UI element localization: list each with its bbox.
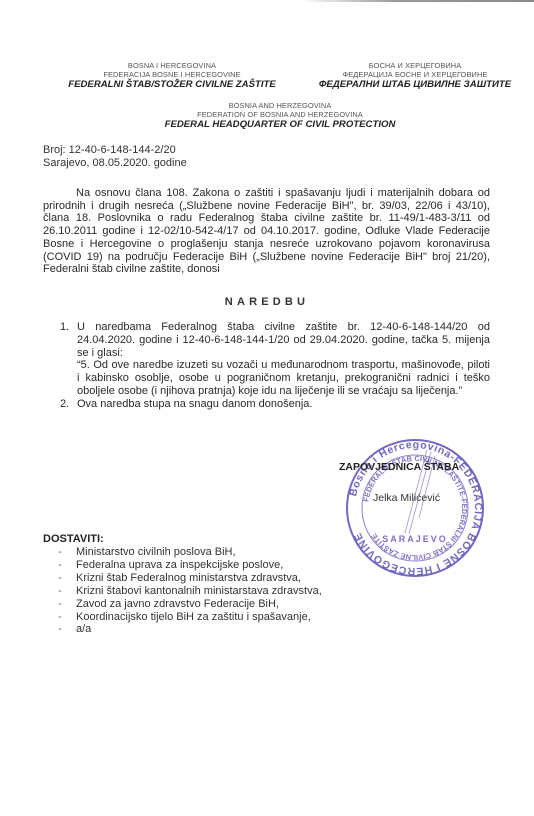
order-text: Ova naredba stupa na snagu danom donošen… — [77, 398, 312, 410]
signature-title: ZAPOVJEDNICA ŠTABA — [339, 461, 459, 473]
document-place-date: Sarajevo, 08.05.2020. godine — [43, 157, 187, 170]
scan-artifact — [300, 0, 534, 2]
header-cyrillic: БОСНА И ХЕРЦЕГОВИНА ФЕДЕРАЦИЈА БОСНЕ И Х… — [300, 61, 530, 91]
orders-list: 1. U naredbama Federalnog štaba civilne … — [60, 321, 490, 411]
header-english: BOSNIA AND HERZEGOVINA FEDERATION OF BOS… — [160, 101, 400, 131]
header-bosnian-line2: FEDERACIJA BOSNE I HERCEGOVINE — [62, 70, 282, 79]
header-bosnian: BOSNA I HERCEGOVINA FEDERACIJA BOSNE I H… — [62, 61, 282, 91]
preamble: Na osnovu člana 108. Zakona o zaštiti i … — [43, 187, 490, 276]
distribution-list: Ministarstvo civilnih poslova BiH, Feder… — [58, 546, 322, 636]
order-item: 1. U naredbama Federalnog štaba civilne … — [60, 321, 490, 398]
header-english-line3: FEDERAL HEADQUARTER OF CIVIL PROTECTION — [160, 119, 400, 131]
distribution-item: Federalna uprava za inspekcijske poslove… — [58, 559, 322, 572]
distribution-heading: DOSTAVITI: — [43, 533, 104, 545]
distribution-item: Koordinacijsko tijelo BiH za zaštitu i s… — [58, 611, 322, 624]
document-meta: Broj: 12-40-6-148-144-2/20 Sarajevo, 08.… — [43, 144, 187, 169]
document-number: Broj: 12-40-6-148-144-2/20 — [43, 144, 187, 157]
header-cyrillic-line2: ФЕДЕРАЦИЈА БОСНЕ И ХЕРЦЕГОВИНЕ — [300, 70, 530, 79]
order-item: 2. Ova naredba stupa na snagu danom dono… — [60, 398, 490, 411]
distribution-item: a/a — [58, 623, 322, 636]
order-number: 1. — [60, 321, 69, 334]
distribution-item: Krizni štabovi kantonalnih ministarstava… — [58, 585, 322, 598]
order-text: U naredbama Federalnog štaba civilne zaš… — [77, 321, 490, 359]
order-number: 2. — [60, 398, 69, 411]
header-cyrillic-line3: ФЕДЕРАЛНИ ШТАБ ЦИВИЛНЕ ЗАШТИТЕ — [300, 79, 530, 91]
distribution-item: Krizni štab Federalnog ministarstva zdra… — [58, 572, 322, 585]
distribution-item: Ministarstvo civilnih poslova BiH, — [58, 546, 322, 559]
header-cyrillic-line1: БОСНА И ХЕРЦЕГОВИНА — [300, 61, 530, 70]
signature-name: Jelka Milićević — [373, 492, 440, 504]
stamp-city: SARAJEVO — [382, 534, 448, 544]
header-bosnian-line1: BOSNA I HERCEGOVINA — [62, 61, 282, 70]
header-english-line1: BOSNIA AND HERZEGOVINA — [160, 101, 400, 110]
header-bosnian-line3: FEDERALNI ŠTAB/STOŽER CIVILNE ZAŠTITE — [62, 79, 282, 91]
document-title: NAREDBU — [0, 296, 534, 308]
order-quote: “5. Od ove naredbe izuzeti su vozači u m… — [77, 359, 490, 397]
distribution-item: Zavod za javno zdravstvo Federacije BiH, — [58, 598, 322, 611]
official-stamp: Bosna i Hercegovina-FEDERACIJA BOSNE I H… — [345, 438, 485, 578]
header-english-line2: FEDERATION OF BOSNIA AND HERZEGOVINA — [160, 110, 400, 119]
